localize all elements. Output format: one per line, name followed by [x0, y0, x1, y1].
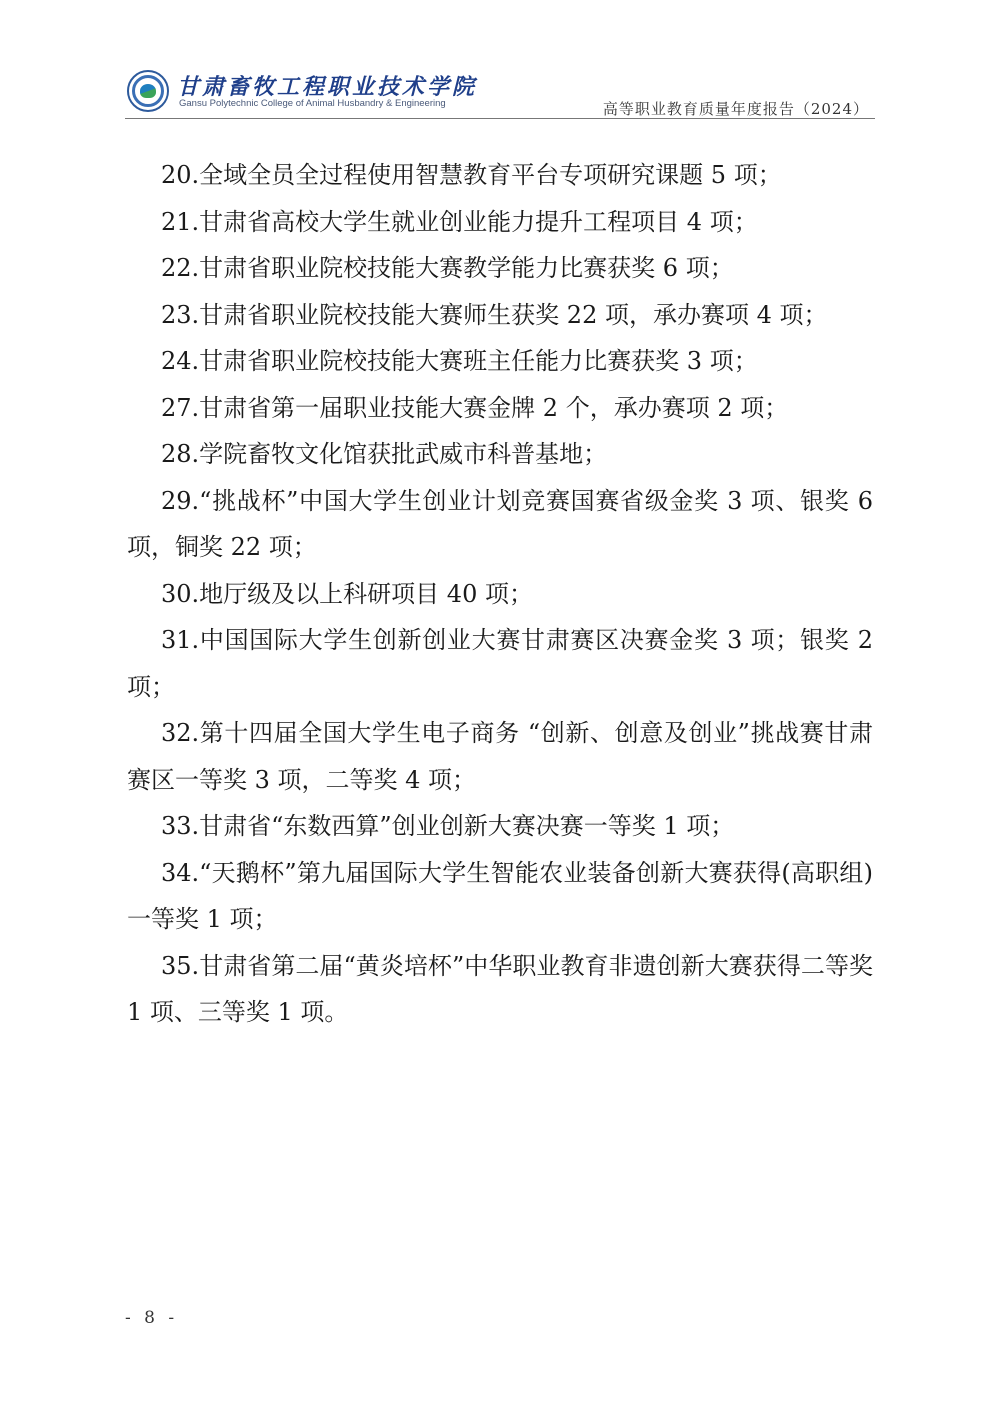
emblem-center: [140, 84, 156, 98]
list-item: 23.甘肃省职业院校技能大赛师生获奖 22 项，承办赛项 4 项；: [127, 292, 873, 339]
page-number: - 8 -: [125, 1308, 178, 1328]
list-item: 20.全域全员全过程使用智慧教育平台专项研究课题 5 项；: [127, 152, 873, 199]
list-item: 34.“天鹅杯”第九届国际大学生智能农业装备创新大赛获得(高职组)一等奖 1 项…: [127, 850, 873, 943]
report-title: 高等职业教育质量年度报告（2024）: [603, 98, 869, 119]
list-item: 21.甘肃省高校大学生就业创业能力提升工程项目 4 项；: [127, 199, 873, 246]
list-item: 31.中国国际大学生创新创业大赛甘肃赛区决赛金奖 3 项；银奖 2 项；: [127, 617, 873, 710]
list-item: 30.地厅级及以上科研项目 40 项；: [127, 571, 873, 618]
list-item: 27.甘肃省第一届职业技能大赛金牌 2 个，承办赛项 2 项；: [127, 385, 873, 432]
header-divider: [125, 118, 875, 119]
list-item: 24.甘肃省职业院校技能大赛班主任能力比赛获奖 3 项；: [127, 338, 873, 385]
school-emblem-icon: [127, 70, 169, 112]
list-item: 32.第十四届全国大学生电子商务 “创新、创意及创业”挑战赛甘肃赛区一等奖 3 …: [127, 710, 873, 803]
list-item: 28.学院畜牧文化馆获批武威市科普基地；: [127, 431, 873, 478]
list-item: 22.甘肃省职业院校技能大赛教学能力比赛获奖 6 项；: [127, 245, 873, 292]
list-item: 35.甘肃省第二届“黄炎培杯”中华职业教育非遗创新大赛获得二等奖 1 项、三等奖…: [127, 943, 873, 1036]
list-item: 33.甘肃省“东数西算”创业创新大赛决赛一等奖 1 项；: [127, 803, 873, 850]
list-item: 29.“挑战杯”中国大学生创业计划竞赛国赛省级金奖 3 项、银奖 6 项，铜奖 …: [127, 478, 873, 571]
school-name-cn: 甘肃畜牧工程职业技术学院: [177, 70, 477, 101]
page-header: 甘肃畜牧工程职业技术学院 Gansu Polytechnic College o…: [125, 66, 875, 120]
school-name-en: Gansu Polytechnic College of Animal Husb…: [179, 98, 446, 109]
achievement-list: 20.全域全员全过程使用智慧教育平台专项研究课题 5 项； 21.甘肃省高校大学…: [127, 152, 873, 1036]
